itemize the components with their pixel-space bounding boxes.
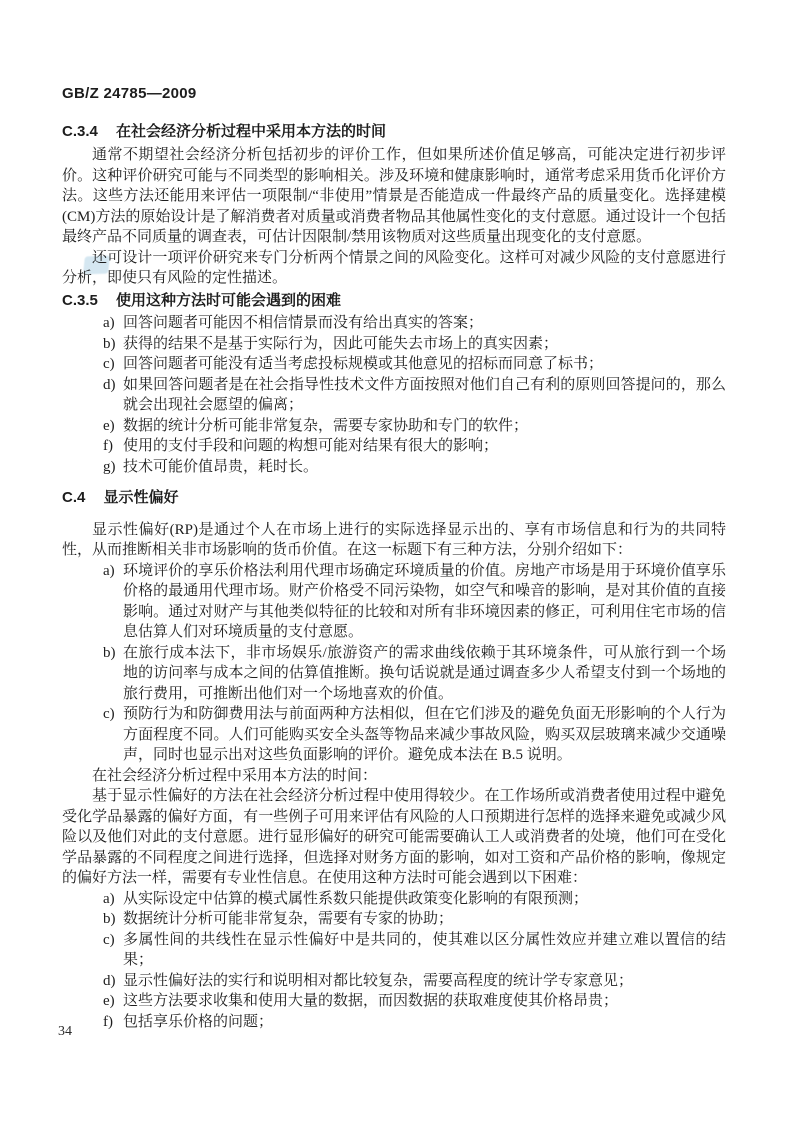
item-letter: a) [103,313,123,334]
section-c34-heading: C.3.4 在社会经济分析过程中采用本方法的时间 [62,122,726,143]
section-c35-heading: C.3.5 使用这种方法时可能会遇到的困难 [62,291,726,312]
item-letter: a) [103,889,123,910]
section-number: C.3.4 [62,123,98,140]
item-letter: f) [103,1012,123,1033]
item-letter: c) [103,354,123,375]
item-text: 预防行为和防御费用法与前面两种方法相似，但在它们涉及的避免负面无形影响的个人行为… [123,704,726,766]
page-number: 34 [58,1024,72,1040]
item-text: 包括享乐价格的问题； [123,1012,726,1033]
item-text: 获得的结果不是基于实际行为，因此可能失去市场上的真实因素； [123,334,726,355]
section-title: 在社会经济分析过程中采用本方法的时间 [116,123,386,140]
item-letter: e) [103,991,123,1012]
list-item: f) 包括享乐价格的问题； [62,1012,726,1033]
section-title: 使用这种方法时可能会遇到的困难 [116,292,341,309]
item-text: 技术可能价值昂贵，耗时长。 [123,457,726,478]
paragraph-c34-1: 通常不期望社会经济分析包括初步的评价工作，但如果所述价值足够高，可能决定进行初步… [62,145,726,248]
section-c4-heading: C.4 显示性偏好 [62,488,726,509]
page-content: GB/Z 24785—2009 C.3.4 在社会经济分析过程中采用本方法的时间… [62,84,726,1032]
list-item: c) 回答问题者可能没有适当考虑投标规模或其他意见的招标而同意了标书； [62,354,726,375]
list-item: g) 技术可能价值昂贵，耗时长。 [62,457,726,478]
item-text: 环境评价的享乐价格法利用代理市场确定环境质量的价值。房地产市场是用于环境价值享乐… [123,561,726,643]
list-item: b) 在旅行成本法下，非市场娱乐/旅游资产的需求曲线依赖于其环境条件，可从旅行到… [62,643,726,705]
item-letter: d) [103,971,123,992]
item-letter: b) [103,334,123,355]
item-text: 数据的统计分析可能非常复杂，需要专家协助和专门的软件； [123,416,726,437]
item-letter: g) [103,457,123,478]
section-number: C.3.5 [62,292,98,309]
item-text: 数据统计分析可能非常复杂，需要有专家的协助； [123,909,726,930]
section-title: 显示性偏好 [104,489,179,506]
item-text: 使用的支付手段和问题的构想可能对结果有很大的影响； [123,436,726,457]
item-letter: b) [103,909,123,930]
list-item: b) 获得的结果不是基于实际行为，因此可能失去市场上的真实因素； [62,334,726,355]
paragraph-c4-timing: 在社会经济分析过程中采用本方法的时间： [62,766,726,787]
item-text: 回答问题者可能因不相信情景而没有给出真实的答案； [123,313,726,334]
item-text: 回答问题者可能没有适当考虑投标规模或其他意见的招标而同意了标书； [123,354,726,375]
item-text: 多属性间的共线性在显示性偏好中是共同的，使其难以区分属性效应并建立难以置信的结果… [123,930,726,971]
paragraph-c34-2: 还可设计一项评价研究来专门分析两个情景之间的风险变化。这样可对减少风险的支付意愿… [62,248,726,289]
item-letter: f) [103,436,123,457]
document-number: GB/Z 24785—2009 [62,84,726,105]
list-item: b) 数据统计分析可能非常复杂，需要有专家的协助； [62,909,726,930]
list-item: e) 这些方法要求收集和使用大量的数据，而因数据的获取难度使其价格昂贵； [62,991,726,1012]
item-letter: e) [103,416,123,437]
paragraph-c4-usage: 基于显示性偏好的方法在社会经济分析过程中使用得较少。在工作场所或消费者使用过程中… [62,786,726,889]
list-item: d) 显示性偏好法的实行和说明相对都比较复杂，需要高程度的统计学专家意见； [62,971,726,992]
list-item: c) 多属性间的共线性在显示性偏好中是共同的，使其难以区分属性效应并建立难以置信… [62,930,726,971]
document-page: GB/Z 24785—2009 C.3.4 在社会经济分析过程中采用本方法的时间… [0,0,794,1123]
list-item: a) 环境评价的享乐价格法利用代理市场确定环境质量的价值。房地产市场是用于环境价… [62,561,726,643]
list-item: c) 预防行为和防御费用法与前面两种方法相似，但在它们涉及的避免负面无形影响的个… [62,704,726,766]
list-item: a) 回答问题者可能因不相信情景而没有给出真实的答案； [62,313,726,334]
list-c4-difficulties: a) 从实际设定中估算的模式属性系数只能提供政策变化影响的有限预测； b) 数据… [62,889,726,1033]
item-text: 从实际设定中估算的模式属性系数只能提供政策变化影响的有限预测； [123,889,726,910]
item-letter: c) [103,930,123,971]
list-c35-difficulties: a) 回答问题者可能因不相信情景而没有给出真实的答案； b) 获得的结果不是基于… [62,313,726,477]
list-c4-methods: a) 环境评价的享乐价格法利用代理市场确定环境质量的价值。房地产市场是用于环境价… [62,561,726,766]
item-letter: b) [103,643,123,705]
list-item: d) 如果回答问题者是在社会指导性技术文件方面按照对他们自己有利的原则回答提问的… [62,375,726,416]
list-item: f) 使用的支付手段和问题的构想可能对结果有很大的影响； [62,436,726,457]
section-number: C.4 [62,489,85,506]
item-letter: a) [103,561,123,643]
list-item: a) 从实际设定中估算的模式属性系数只能提供政策变化影响的有限预测； [62,889,726,910]
paragraph-c4-intro: 显示性偏好(RP)是通过个人在市场上进行的实际选择显示出的、享有市场信息和行为的… [62,520,726,561]
item-text: 在旅行成本法下，非市场娱乐/旅游资产的需求曲线依赖于其环境条件，可从旅行到一个场… [123,643,726,705]
item-letter: d) [103,375,123,416]
item-text: 如果回答问题者是在社会指导性技术文件方面按照对他们自己有利的原则回答提问的，那么… [123,375,726,416]
list-item: e) 数据的统计分析可能非常复杂，需要专家协助和专门的软件； [62,416,726,437]
item-text: 显示性偏好法的实行和说明相对都比较复杂，需要高程度的统计学专家意见； [123,971,726,992]
item-text: 这些方法要求收集和使用大量的数据，而因数据的获取难度使其价格昂贵； [123,991,726,1012]
item-letter: c) [103,704,123,766]
